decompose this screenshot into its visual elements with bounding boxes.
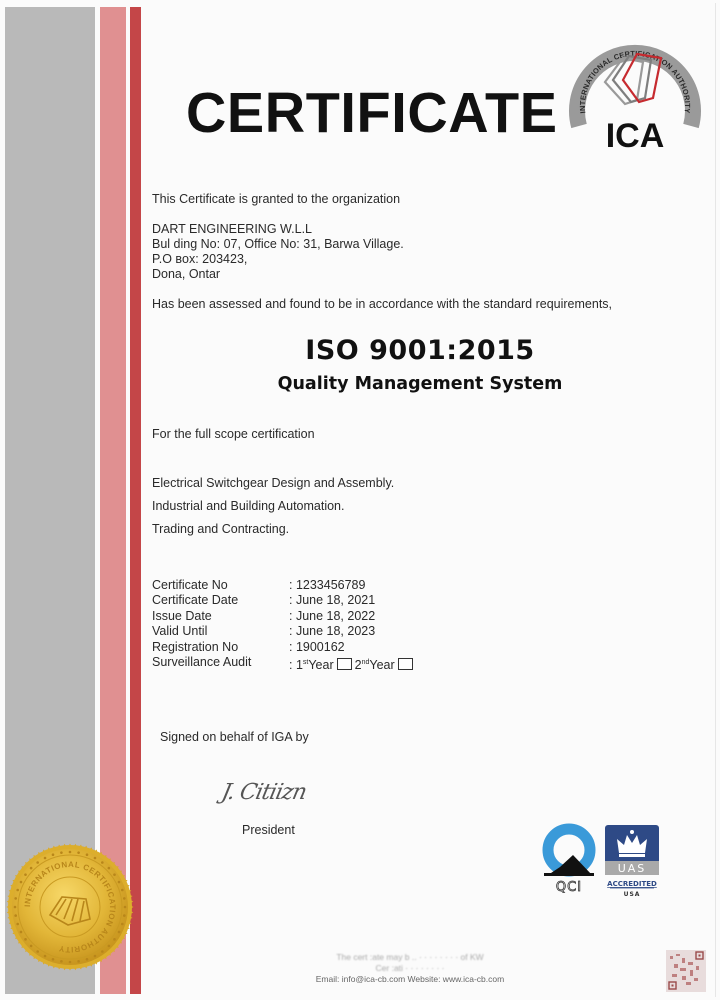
organization-block: DART ENGINEERING W.L.L Bul ding No: 07, … bbox=[152, 222, 404, 282]
signature: J. Citiizn bbox=[219, 780, 308, 805]
detail-label: Issue Date bbox=[152, 609, 289, 624]
detail-value: : 1233456789 bbox=[289, 578, 365, 593]
footer: The cert :ate may b .. · · · · · · · · o… bbox=[160, 952, 660, 985]
detail-value: : June 18, 2023 bbox=[289, 624, 375, 639]
granted-statement: This Certificate is granted to the organ… bbox=[152, 192, 400, 207]
scope-item: Trading and Contracting. bbox=[152, 518, 394, 541]
detail-row-issue-date: Issue Date : June 18, 2022 bbox=[152, 609, 416, 624]
uas-accredited-logo: UAS ACCREDITED USA bbox=[605, 825, 659, 897]
detail-row-certificate-date: Certificate Date : June 18, 2021 bbox=[152, 593, 416, 608]
ica-logo: INTERNATIONAL CERTIFICATION AUTHORITY IC… bbox=[565, 22, 705, 157]
qr-code-icon bbox=[666, 950, 706, 992]
organization-name: DART ENGINEERING W.L.L bbox=[152, 222, 404, 237]
scope-intro: For the full scope certification bbox=[152, 427, 315, 442]
footer-disclaimer-2: Cer :ati · · · · · · · · bbox=[160, 963, 660, 974]
uas-label: UAS bbox=[618, 862, 647, 875]
scope-list: Electrical Switchgear Design and Assembl… bbox=[152, 472, 394, 541]
detail-row-certificate-no: Certificate No : 1233456789 bbox=[152, 578, 416, 593]
scope-item: Electrical Switchgear Design and Assembl… bbox=[152, 472, 394, 495]
standard-name: Quality Management System bbox=[140, 374, 700, 394]
certificate-details: Certificate No : 1233456789 Certificate … bbox=[152, 578, 416, 670]
detail-label: Certificate No bbox=[152, 578, 289, 593]
detail-label: Valid Until bbox=[152, 624, 289, 639]
accredited-label: ACCREDITED bbox=[607, 880, 657, 888]
year2-checkbox[interactable] bbox=[398, 658, 413, 670]
standard-code: ISO 9001:2015 bbox=[140, 335, 700, 366]
detail-label: Certificate Date bbox=[152, 593, 289, 608]
signatory-title: President bbox=[242, 823, 295, 837]
detail-row-valid-until: Valid Until : June 18, 2023 bbox=[152, 624, 416, 639]
qci-label: QCI bbox=[556, 880, 582, 895]
detail-label: Registration No bbox=[152, 640, 289, 655]
detail-value: : June 18, 2022 bbox=[289, 609, 375, 624]
scope-item: Industrial and Building Automation. bbox=[152, 495, 394, 518]
detail-value: : 1900162 bbox=[289, 640, 345, 655]
separator: : bbox=[289, 658, 296, 672]
year1-number: 1 bbox=[296, 658, 303, 672]
qci-logo: QCI bbox=[540, 823, 598, 895]
footer-disclaimer: The cert :ate may b .. · · · · · · · · o… bbox=[160, 952, 660, 963]
address-line: Dona, Ontar bbox=[152, 267, 404, 282]
ica-abbr: ICA bbox=[606, 117, 665, 155]
year2-label: Year bbox=[369, 658, 394, 672]
footer-contact: Email: info@ica-cb.com Website: www.ica-… bbox=[160, 974, 660, 985]
surveillance-options: : 1stYear2ndYear bbox=[289, 655, 416, 670]
certificate-title: CERTIFICATE bbox=[186, 78, 558, 148]
detail-row-registration-no: Registration No : 1900162 bbox=[152, 640, 416, 655]
detail-row-surveillance-audit: Surveillance Audit : 1stYear2ndYear bbox=[152, 655, 416, 670]
gold-seal: INTERNATIONAL CERTIFICATION AUTHORITY bbox=[6, 843, 134, 971]
year1-label: Year bbox=[308, 658, 333, 672]
assessment-statement: Has been assessed and found to be in acc… bbox=[152, 297, 612, 312]
year2-number: 2 bbox=[355, 658, 362, 672]
detail-value: : June 18, 2021 bbox=[289, 593, 375, 608]
accredited-country: USA bbox=[624, 891, 641, 897]
year1-checkbox[interactable] bbox=[337, 658, 352, 670]
signed-on-behalf: Signed on behalf of IGA by bbox=[160, 730, 309, 744]
address-line: Bul ding No: 07, Office No: 31, Barwa Vi… bbox=[152, 237, 404, 252]
detail-label: Surveillance Audit bbox=[152, 655, 289, 670]
address-line: P.O вox: 203423, bbox=[152, 252, 404, 267]
